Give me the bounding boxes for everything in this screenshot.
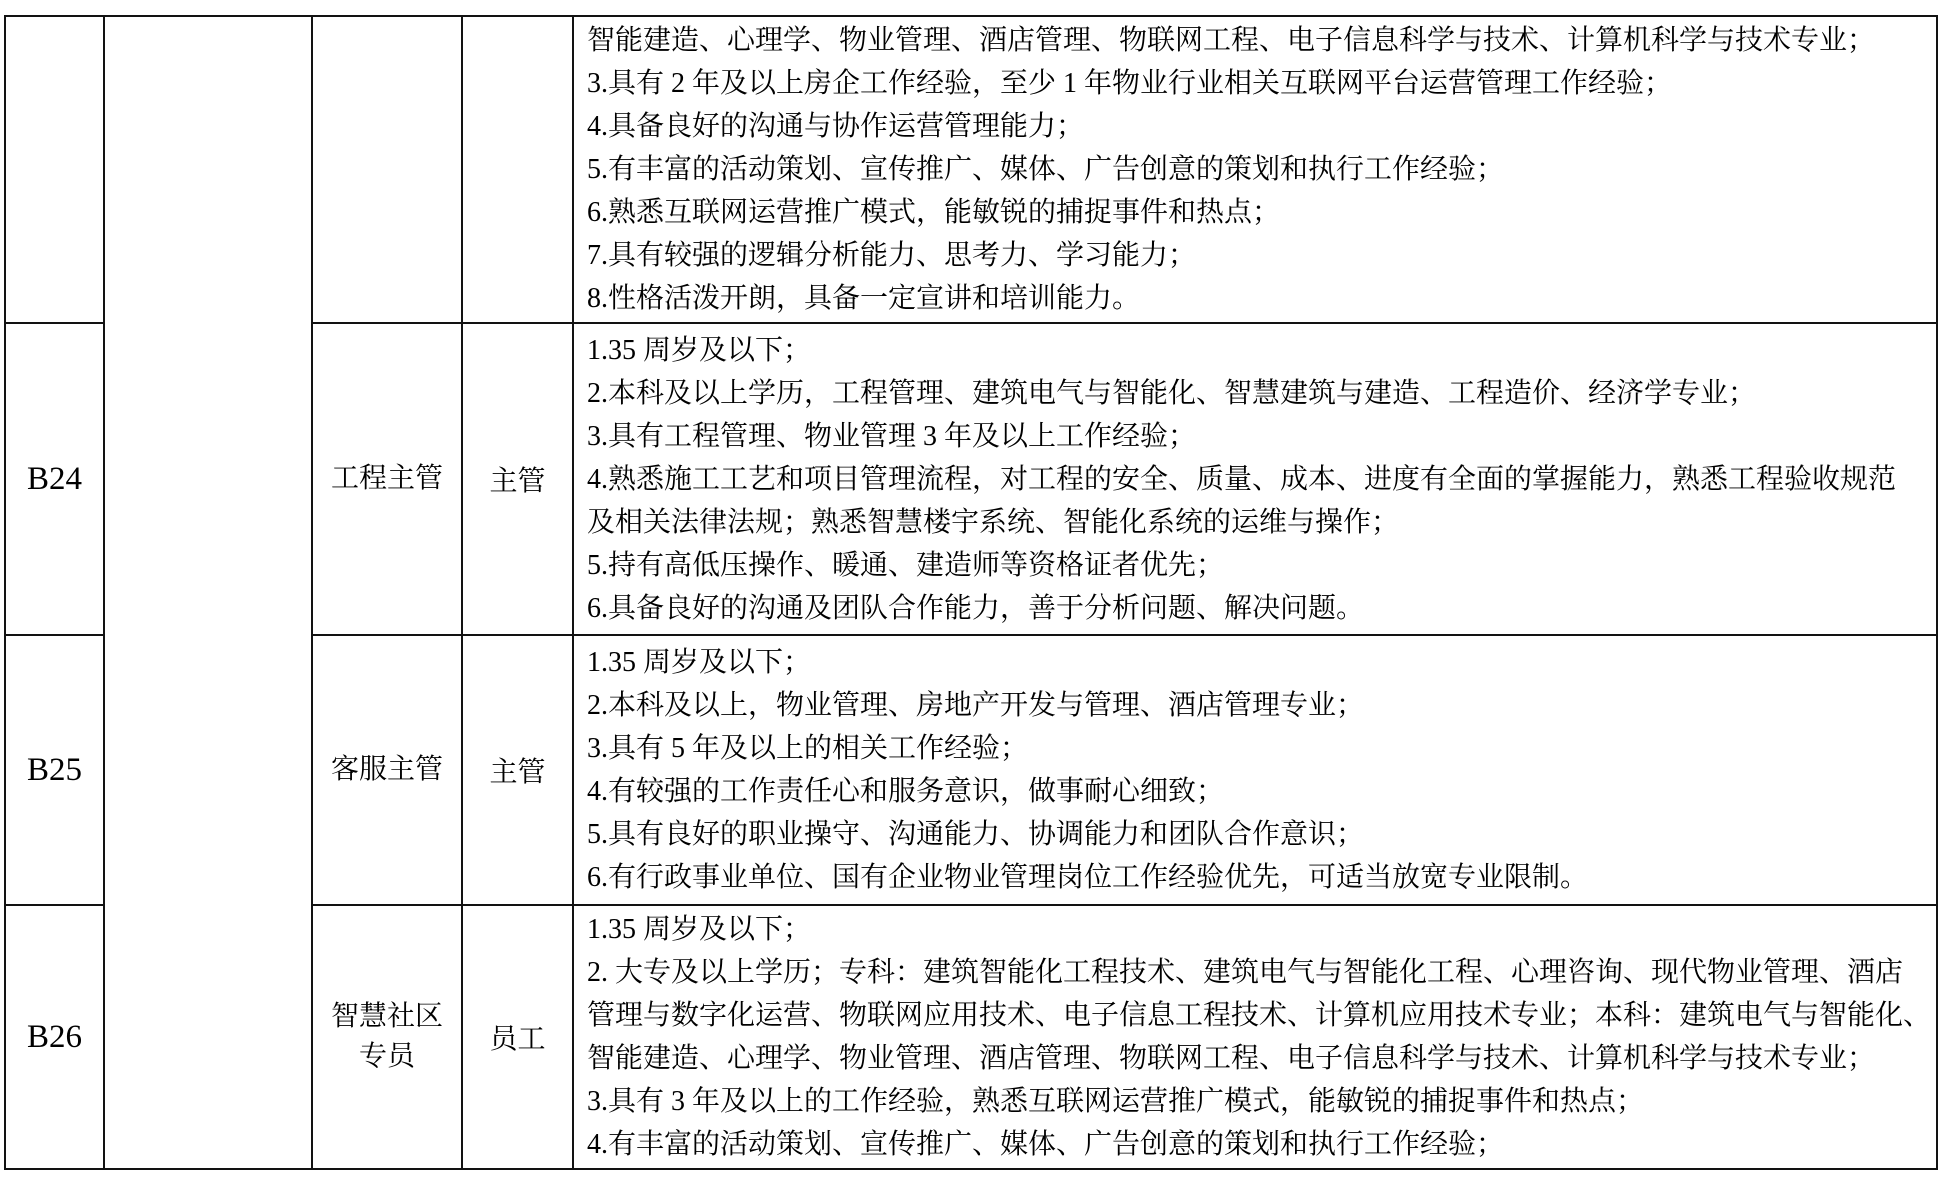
position-id-cell: B26 <box>5 905 104 1169</box>
requirement-line: 5.持有高低压操作、暖通、建造师等资格证者优先； <box>587 544 1928 587</box>
merged-department-cell <box>104 16 312 1169</box>
table-row-continued: 智能建造、心理学、物业管理、酒店管理、物联网工程、电子信息科学与技术、计算机科学… <box>5 16 1937 323</box>
requirement-line: 1.35 周岁及以下； <box>587 329 1928 372</box>
requirement-line: 5.具有良好的职业操守、沟通能力、协调能力和团队合作意识； <box>587 813 1928 856</box>
requirement-line: 4.熟悉施工工艺和项目管理流程，对工程的安全、质量、成本、进度有全面的掌握能力，… <box>587 458 1928 501</box>
requirement-line: 4.有较强的工作责任心和服务意识，做事耐心细致； <box>587 770 1928 813</box>
rank-cell: 员工 <box>462 905 573 1169</box>
position-id-cell: B25 <box>5 635 104 905</box>
requirements-cell: 1.35 周岁及以下； 2. 大专及以上学历；专科：建筑智能化工程技术、建筑电气… <box>573 905 1937 1169</box>
position-name-text: 工程主管 <box>331 459 443 499</box>
position-name-cell: 工程主管 <box>312 323 462 635</box>
requirement-line: 4.有丰富的活动策划、宣传推广、媒体、广告创意的策划和执行工作经验； <box>587 1123 1928 1166</box>
rank-cell: 主管 <box>462 635 573 905</box>
requirement-line: 3.具有 3 年及以上的工作经验，熟悉互联网运营推广模式，能敏锐的捕捉事件和热点… <box>587 1080 1928 1123</box>
requirement-line: 5.有丰富的活动策划、宣传推广、媒体、广告创意的策划和执行工作经验； <box>587 148 1928 191</box>
position-id-cell: B24 <box>5 323 104 635</box>
requirements-cell: 1.35 周岁及以下； 2.本科及以上，物业管理、房地产开发与管理、酒店管理专业… <box>573 635 1937 905</box>
position-name-cell: 客服主管 <box>312 635 462 905</box>
requirements-cell: 智能建造、心理学、物业管理、酒店管理、物联网工程、电子信息科学与技术、计算机科学… <box>573 16 1937 323</box>
requirement-line: 3.具有 5 年及以上的相关工作经验； <box>587 727 1928 770</box>
position-name-cell: 智慧社区专员 <box>312 905 462 1169</box>
position-name-text: 智慧社区专员 <box>326 997 448 1077</box>
requirement-line: 8.性格活泼开朗，具备一定宣讲和培训能力。 <box>587 277 1928 320</box>
requirement-line: 智能建造、心理学、物业管理、酒店管理、物联网工程、电子信息科学与技术、计算机科学… <box>587 1037 1928 1080</box>
recruitment-positions-table: 智能建造、心理学、物业管理、酒店管理、物联网工程、电子信息科学与技术、计算机科学… <box>4 15 1938 1170</box>
position-id-cell <box>5 16 104 323</box>
requirement-line: 1.35 周岁及以下； <box>587 908 1928 951</box>
document-page: 智能建造、心理学、物业管理、酒店管理、物联网工程、电子信息科学与技术、计算机科学… <box>0 0 1940 1178</box>
requirement-line: 1.35 周岁及以下； <box>587 641 1928 684</box>
requirement-line: 7.具有较强的逻辑分析能力、思考力、学习能力； <box>587 234 1928 277</box>
requirement-line: 6.有行政事业单位、国有企业物业管理岗位工作经验优先，可适当放宽专业限制。 <box>587 856 1928 899</box>
requirement-line: 6.熟悉互联网运营推广模式，能敏锐的捕捉事件和热点； <box>587 191 1928 234</box>
requirement-line: 2.本科及以上学历，工程管理、建筑电气与智能化、智慧建筑与建造、工程造价、经济学… <box>587 372 1928 415</box>
requirement-line: 智能建造、心理学、物业管理、酒店管理、物联网工程、电子信息科学与技术、计算机科学… <box>587 19 1928 62</box>
requirement-line: 及相关法律法规；熟悉智慧楼宇系统、智能化系统的运维与操作； <box>587 501 1928 544</box>
requirement-line: 2.本科及以上，物业管理、房地产开发与管理、酒店管理专业； <box>587 684 1928 727</box>
rank-cell <box>462 16 573 323</box>
requirement-line: 3.具有工程管理、物业管理 3 年及以上工作经验； <box>587 415 1928 458</box>
position-name-cell <box>312 16 462 323</box>
rank-cell: 主管 <box>462 323 573 635</box>
requirement-line: 管理与数字化运营、物联网应用技术、电子信息工程技术、计算机应用技术专业；本科：建… <box>587 994 1928 1037</box>
position-name-text: 客服主管 <box>331 750 443 790</box>
requirement-line: 2. 大专及以上学历；专科：建筑智能化工程技术、建筑电气与智能化工程、心理咨询、… <box>587 951 1928 994</box>
requirements-cell: 1.35 周岁及以下； 2.本科及以上学历，工程管理、建筑电气与智能化、智慧建筑… <box>573 323 1937 635</box>
requirement-line: 4.具备良好的沟通与协作运营管理能力； <box>587 105 1928 148</box>
requirement-line: 6.具备良好的沟通及团队合作能力，善于分析问题、解决问题。 <box>587 587 1928 630</box>
requirement-line: 3.具有 2 年及以上房企工作经验，至少 1 年物业行业相关互联网平台运营管理工… <box>587 62 1928 105</box>
